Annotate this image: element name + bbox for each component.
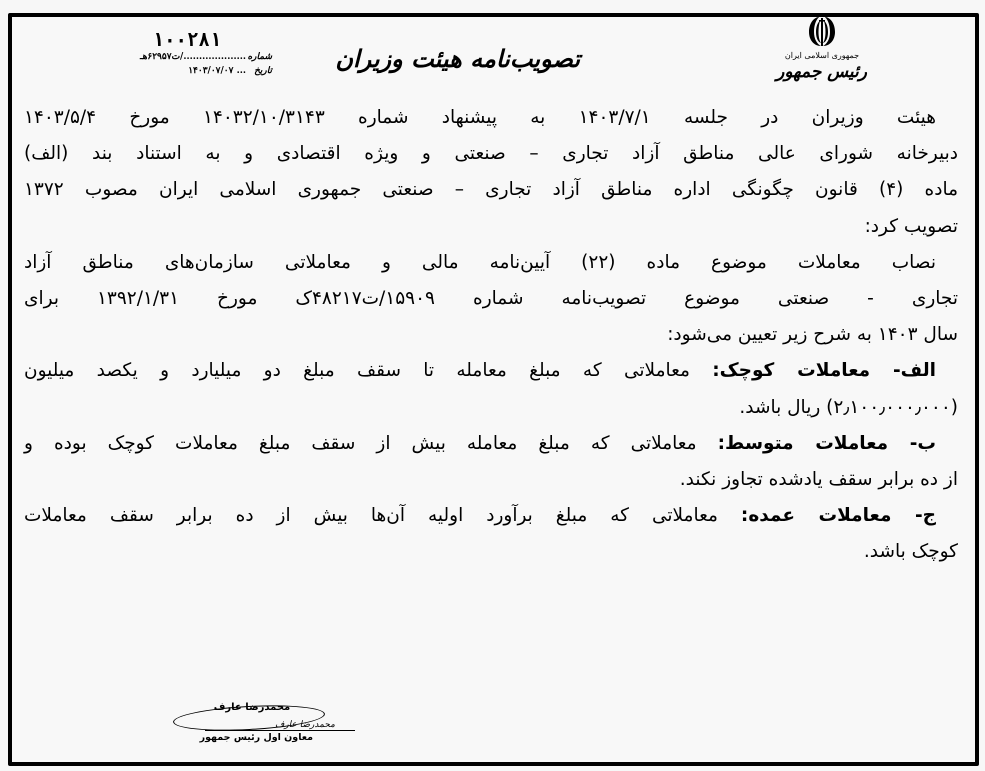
handwritten-signature: محمدرضا عارف [275,720,335,730]
date-row: تاریخ ... ۱۴۰۳/۰۷/۰۷ [62,64,272,78]
item-major-transactions: ج- معاملات عمده: معاملاتی که مبلغ برآورد… [24,498,958,534]
item-medium-transactions: ب- معاملات متوسط: معاملاتی که مبلغ معامل… [24,426,958,462]
signatory-title: معاون اول رئیس جمهور [203,731,313,744]
item-major-transactions-cont: کوچک باشد. [24,534,958,570]
approval-statement: تصویب کرد: [24,209,958,245]
signatory-name: محمدرضا عارف [197,701,307,715]
reference-block: ۱۰۰۲۸۱ شماره ..................../ت۶۲۹۵۷… [62,30,272,78]
item-text: معاملاتی که مبلغ معامله بیش از سقف مبلغ … [24,433,718,454]
preamble-line-3: ماده (۴) قانون چگونگی اداره مناطق آزاد ت… [24,172,958,208]
number-value: ..................../ت۶۲۹۵۷هـ [140,50,246,64]
iran-emblem-icon [805,14,839,50]
item-small-transactions-cont: (۲٫۱۰۰٫۰۰۰٫۰۰۰) ریال باشد. [24,390,958,426]
item-heading: ج- معاملات عمده: [741,505,936,526]
emblem-caption: جمهوری اسلامی ایران [777,51,867,61]
intro-line-2: تجاری - صنعتی موضوع تصویب‌نامه شماره ۱۵۹… [24,281,958,317]
emblem-block: جمهوری اسلامی ایران رئیس جمهور [777,14,867,82]
signature-block: محمدرضا عارف محمدرضا عارف معاون اول رئیس… [165,700,355,750]
number-row: شماره ..................../ت۶۲۹۵۷هـ [62,50,272,64]
item-heading: ب- معاملات متوسط: [718,433,936,454]
item-text: معاملاتی که مبلغ معامله تا سقف مبلغ دو م… [24,360,712,381]
item-small-transactions: الف- معاملات کوچک: معاملاتی که مبلغ معام… [24,353,958,389]
intro-line-1: نصاب معاملات موضوع ماده (۲۲) آیین‌نامه م… [24,245,958,281]
office-name: رئیس جمهور [777,62,867,82]
preamble-line-1: هیئت وزیران در جلسه ۱۴۰۳/۷/۱ به پیشنهاد … [24,100,958,136]
page-title: تصویب‌نامه هیئت وزیران [340,44,580,74]
number-label: شماره [250,50,272,64]
document-body: هیئت وزیران در جلسه ۱۴۰۳/۷/۱ به پیشنهاد … [24,100,958,571]
serial-number: ۱۰۰۲۸۱ [62,30,272,50]
item-heading: الف- معاملات کوچک: [712,360,936,381]
date-value: ... ۱۴۰۳/۰۷/۰۷ [188,64,246,78]
preamble-line-2: دبیرخانه شورای عالی مناطق آزاد تجاری – ص… [24,136,958,172]
item-text: معاملاتی که مبلغ برآورد اولیه آن‌ها بیش … [24,505,741,526]
item-medium-transactions-cont: از ده برابر سقف یادشده تجاوز نکند. [24,462,958,498]
intro-line-3: سال ۱۴۰۳ به شرح زیر تعیین می‌شود: [24,317,958,353]
date-label: تاریخ [250,64,272,78]
